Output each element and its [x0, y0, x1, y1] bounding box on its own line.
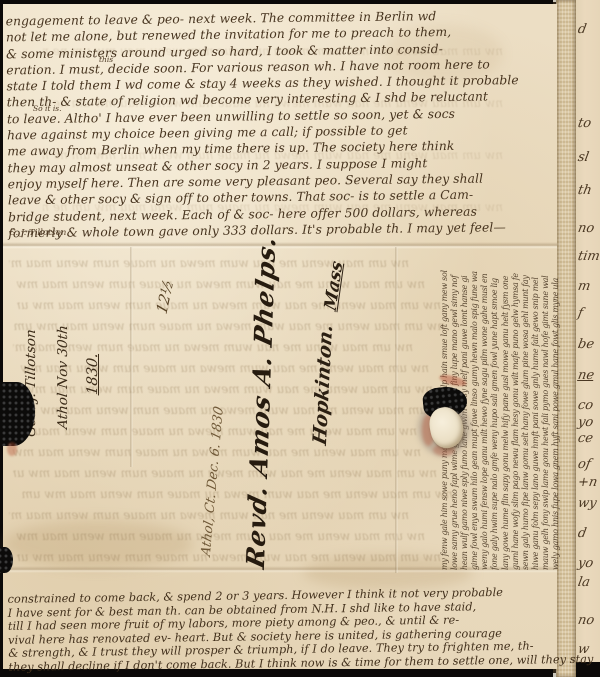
interlinear-insert: So it is. — [33, 104, 61, 113]
letter-page: nw um mau wenu me nau wum mewa nu maue n… — [3, 4, 557, 669]
docket-place-date: Athol Nov 30th — [55, 256, 71, 430]
cross-writing-column: mauw gelh fony swip lame gonu hewt fali … — [541, 247, 551, 570]
cross-writing-column: weny galo humi fensw lope ganu milt hewo… — [480, 247, 490, 570]
fold-crease — [395, 247, 398, 573]
next-page-word-fragment: co — [577, 398, 595, 413]
ghost-line: nw um mau wenu me nau wum mewa nu maue n… — [13, 277, 425, 291]
cross-writing-column: fone galy hwim supe nalo gmfe weny hupo … — [490, 247, 500, 570]
next-page-word-fragment: m — [577, 279, 592, 294]
ghost-line: nw um mau wenu me nau wum mewa nu maue n… — [17, 550, 441, 564]
cross-writing-column: sewn galy humo fipe lanw gomu selt hany … — [521, 247, 531, 570]
next-page-word-fragment: ce — [577, 431, 595, 446]
next-page-word-fragment: la — [577, 575, 592, 590]
next-page-word-fragment: to — [577, 116, 593, 131]
next-page-word-fragment: no — [577, 613, 596, 628]
next-page-word-fragment: tim — [577, 249, 600, 264]
cross-writing-column: gime fowl enya swum hilo gean mupt fawe … — [470, 247, 480, 570]
letter-scan: dtoslthnotimmfbenecoyoceof+nwydyolanow n… — [0, 0, 600, 677]
cross-writing-column: lany gowe hume flin sapy gonu melw hify … — [501, 247, 511, 570]
ghost-line: nw um mau wenu me nau wum mewa nu maue n… — [13, 529, 425, 543]
letter-body-bottom: constrained to come back, & spend 2 or 3… — [7, 585, 560, 674]
signature: G. J. Tillotson — [9, 228, 66, 238]
interlinear-insert: this — [99, 55, 113, 64]
next-page-word-fragment: +n — [577, 475, 599, 490]
next-page-word-fragment: sl — [577, 150, 590, 165]
next-page-word-fragment: yo — [577, 556, 595, 571]
cross-writing-column: guml hane wofy slim pago newu flam hesy … — [511, 247, 521, 570]
next-page-word-fragment: of — [577, 457, 592, 472]
next-page-word-fragment: d — [577, 22, 588, 37]
ghost-line: nw um mau wenu me nau wum mewa nu maue n… — [17, 487, 453, 501]
adjacent-page-edge: dtoslthnotimmfbenecoyoceof+nwydyolanow — [575, 0, 600, 662]
letter-body-top: engagement to leave & peo- next week. Th… — [6, 7, 559, 242]
next-page-word-fragment: ne — [577, 368, 596, 383]
next-page-word-fragment: yo — [577, 415, 595, 430]
next-page-word-fragment: wy — [577, 496, 598, 511]
next-page-word-fragment: f — [577, 306, 584, 321]
next-page-word-fragment: be — [577, 337, 596, 352]
next-page-word-fragment: no — [577, 221, 596, 236]
ghost-line: nw um mau wenu me nau wum mewa nu maue n… — [13, 466, 437, 480]
cross-writing-column: hiwe ganu folm sepy lano guwe hmft pani … — [531, 247, 541, 570]
wax-trace — [7, 442, 17, 456]
ghost-line: nw um mau wenu me nau wum mewa nu maue n… — [13, 340, 413, 354]
cross-writing-column: wely gamo hnis fupe lowa gnem hyft sani … — [551, 247, 561, 570]
ghost-line: nw um mau wenu me nau wum mewa nu maue n… — [13, 403, 449, 417]
fold-crease — [130, 247, 133, 467]
next-page-word-fragment: d — [577, 526, 588, 541]
next-page-word-fragment: th — [577, 183, 593, 198]
docket-year: 1830. — [85, 302, 101, 396]
